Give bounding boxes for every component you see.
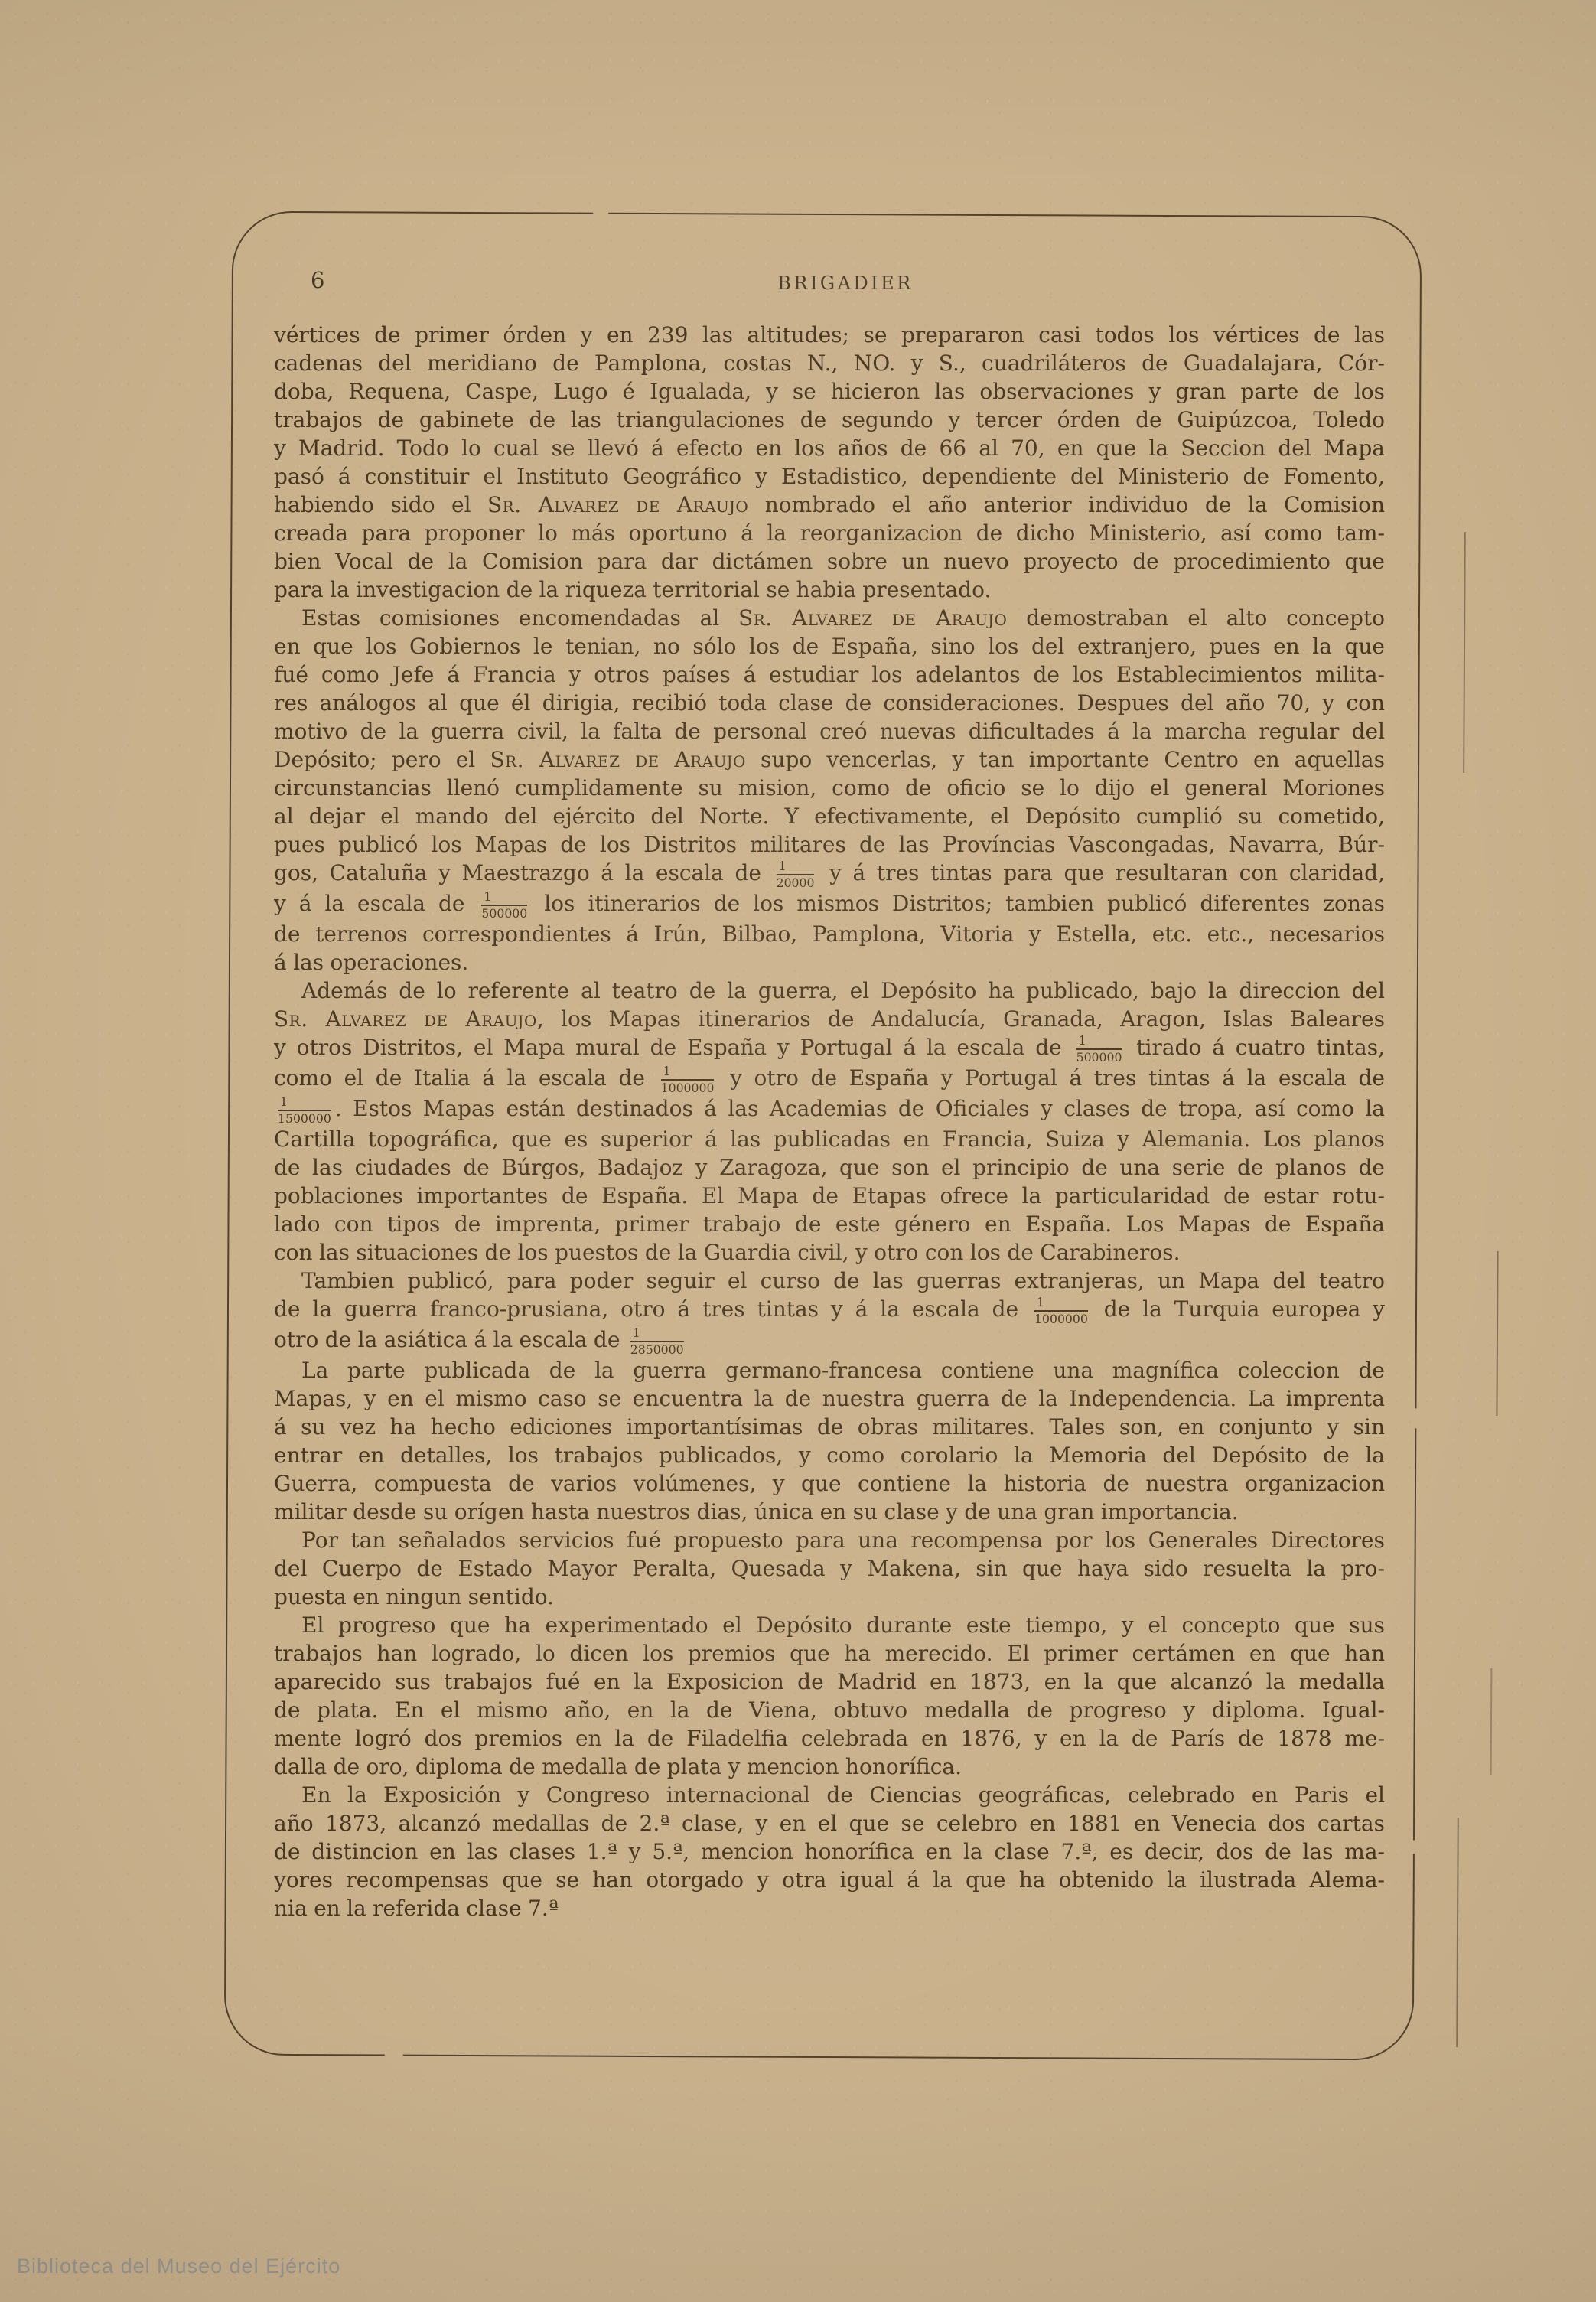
- text-line: y á la escala de 1500000 los itinerarios…: [274, 889, 1385, 920]
- border-gap: [1412, 1408, 1417, 1428]
- paragraph: Tambien publicó, para poder seguir el cu…: [274, 1267, 1385, 1356]
- text-line: entrar en detalles, los trabajos publica…: [274, 1441, 1385, 1469]
- text-line: del Cuerpo de Estado Mayor Peralta, Ques…: [274, 1554, 1385, 1583]
- text-line: cadenas del meridiano de Pamplona, costa…: [274, 349, 1385, 377]
- paragraph: Además de lo referente al teatro de la g…: [274, 977, 1385, 1267]
- text-line: puesta en ningun sentido.: [274, 1583, 1385, 1611]
- scan-edge-mark: [1456, 1818, 1459, 2047]
- library-watermark: Biblioteca del Museo del Ejército: [17, 2255, 340, 2278]
- small-caps-name: Sr. Alvarez de Araujo: [490, 747, 745, 772]
- paragraph: Por tan señalados servicios fué propuest…: [274, 1526, 1385, 1611]
- text-line: Mapas, y en el mismo caso se encuentra l…: [274, 1384, 1385, 1413]
- scale-fraction: 12850000: [630, 1326, 684, 1356]
- text-line: Estas comisiones encomendadas al Sr. Alv…: [274, 604, 1385, 632]
- text-line: El progreso que ha experimentado el Depó…: [274, 1611, 1385, 1639]
- text-line: Guerra, compuesta de varios volúmenes, y…: [274, 1469, 1385, 1498]
- text-line: vértices de primer órden y en 239 las al…: [274, 321, 1385, 349]
- text-line: habiendo sido el Sr. Alvarez de Araujo n…: [274, 491, 1385, 519]
- page-number: 6: [311, 267, 324, 293]
- small-caps-name: Sr. Alvarez de Araujo: [738, 605, 1007, 631]
- scale-fraction: 120000: [777, 859, 815, 889]
- text-line: para la investigacion de la riqueza terr…: [274, 575, 1385, 604]
- text-line: aparecido sus trabajos fué en la Exposic…: [274, 1668, 1385, 1696]
- text-line: de las ciudades de Búrgos, Badajoz y Zar…: [274, 1153, 1385, 1182]
- text-line: otro de la asiática á la escala de 12850…: [274, 1325, 1385, 1356]
- paragraph: vértices de primer órden y en 239 las al…: [274, 321, 1385, 604]
- scale-fraction: 1500000: [1076, 1034, 1122, 1064]
- text-line: lado con tipos de imprenta, primer traba…: [274, 1210, 1385, 1238]
- text-line: á las operaciones.: [274, 948, 1385, 977]
- text-line: trabajos de gabinete de las triangulacio…: [274, 406, 1385, 434]
- text-line: bien Vocal de la Comision para dar dictá…: [274, 547, 1385, 575]
- text-line: de terrenos correspondientes á Irún, Bil…: [274, 920, 1385, 948]
- text-line: pues publicó los Mapas de los Distritos …: [274, 830, 1385, 859]
- text-line: La parte publicada de la guerra germano-…: [274, 1356, 1385, 1384]
- running-title: BRIGADIER: [777, 272, 914, 294]
- scale-fraction: 11500000: [278, 1095, 331, 1125]
- text-line: con las situaciones de los puestos de la…: [274, 1238, 1385, 1267]
- text-line: Cartilla topográfica, que es superior á …: [274, 1125, 1385, 1153]
- text-line: Tambien publicó, para poder seguir el cu…: [274, 1267, 1385, 1295]
- text-line: En la Exposición y Congreso internaciona…: [274, 1781, 1385, 1809]
- text-line: Depósito; pero el Sr. Alvarez de Araujo …: [274, 745, 1385, 774]
- text-line: de plata. En el mismo año, en la de Vien…: [274, 1696, 1385, 1724]
- text-line: Por tan señalados servicios fué propuest…: [274, 1526, 1385, 1554]
- text-line: dalla de oro, diploma de medalla de plat…: [274, 1753, 1385, 1781]
- text-line: circunstancias llenó cumplidamente su mi…: [274, 774, 1385, 802]
- text-line: Además de lo referente al teatro de la g…: [274, 977, 1385, 1005]
- scan-edge-mark: [1490, 1668, 1493, 1775]
- scale-fraction: 11000000: [1034, 1296, 1088, 1325]
- scale-fraction: 11000000: [661, 1065, 715, 1094]
- text-line: como el de Italia á la escala de 1100000…: [274, 1064, 1385, 1094]
- text-line: y otros Distritos, el Mapa mural de Espa…: [274, 1033, 1385, 1064]
- text-line: trabajos han logrado, lo dicen los premi…: [274, 1639, 1385, 1668]
- text-line: militar desde su orígen hasta nuestros d…: [274, 1498, 1385, 1526]
- paragraph: En la Exposición y Congreso internaciona…: [274, 1781, 1385, 1922]
- border-gap: [1411, 1840, 1415, 1854]
- text-line: doba, Requena, Caspe, Lugo é Igualada, y…: [274, 377, 1385, 406]
- text-line: 11500000. Estos Mapas están destinados á…: [274, 1094, 1385, 1125]
- text-line: de la guerra franco-prusiana, otro á tre…: [274, 1295, 1385, 1325]
- scanned-book-page: 6 BRIGADIER vértices de primer órden y e…: [0, 0, 1596, 2302]
- text-line: yores recompensas que se han otorgado y …: [274, 1866, 1385, 1894]
- text-line: en que los Gobiernos le tenian, no sólo …: [274, 632, 1385, 660]
- text-line: creada para proponer lo más oportuno á l…: [274, 519, 1385, 547]
- paragraph: El progreso que ha experimentado el Depó…: [274, 1611, 1385, 1781]
- text-line: y Madrid. Todo lo cual se llevó á efecto…: [274, 434, 1385, 462]
- text-line: mente logró dos premios en la de Filadel…: [274, 1724, 1385, 1753]
- text-line: nia en la referida clase 7.ª: [274, 1894, 1385, 1922]
- scale-fraction: 1500000: [481, 890, 527, 920]
- body-text: vértices de primer órden y en 239 las al…: [274, 321, 1385, 1922]
- border-gap: [593, 212, 608, 217]
- paragraph: Estas comisiones encomendadas al Sr. Alv…: [274, 604, 1385, 977]
- text-line: motivo de la guerra civil, la falta de p…: [274, 717, 1385, 745]
- text-line: de distincion en las clases 1.ª y 5.ª, m…: [274, 1837, 1385, 1866]
- text-line: fué como Jefe á Francia y otros países á…: [274, 660, 1385, 689]
- small-caps-name: Sr. Alvarez de Araujo: [274, 1006, 537, 1032]
- text-line: res análogos al que él dirigia, recibió …: [274, 689, 1385, 717]
- scan-edge-mark: [1463, 532, 1466, 773]
- text-line: año 1873, alcanzó medallas de 2.ª clase,…: [274, 1809, 1385, 1837]
- border-gap: [385, 2053, 403, 2057]
- paragraph: La parte publicada de la guerra germano-…: [274, 1356, 1385, 1526]
- text-line: gos, Cataluña y Maestrazgo á la escala d…: [274, 859, 1385, 889]
- scan-edge-mark: [1496, 1251, 1498, 1416]
- text-line: poblaciones importantes de España. El Ma…: [274, 1182, 1385, 1210]
- text-line: á su vez ha hecho ediciones importantísi…: [274, 1413, 1385, 1441]
- small-caps-name: Sr. Alvarez de Araujo: [487, 492, 748, 517]
- text-line: Sr. Alvarez de Araujo, los Mapas itinera…: [274, 1005, 1385, 1033]
- text-line: pasó á constituir el Instituto Geográfic…: [274, 462, 1385, 491]
- text-line: al dejar el mando del ejército del Norte…: [274, 802, 1385, 830]
